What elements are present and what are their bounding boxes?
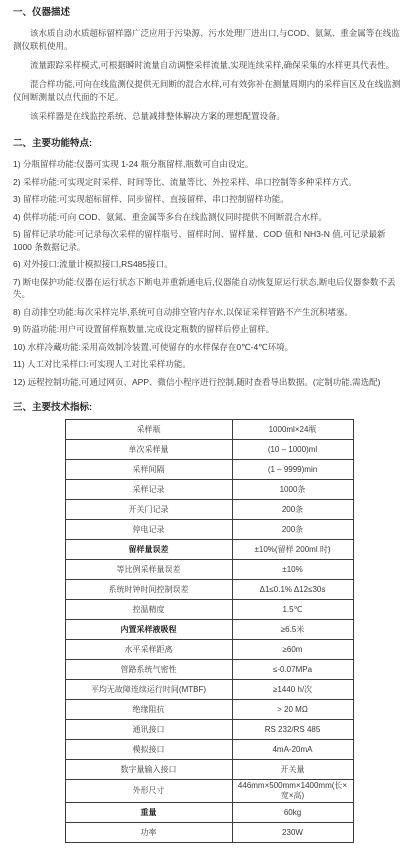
spec-label: 采样间隔 (65, 460, 232, 480)
spec-row: 停电记录 200条 (65, 520, 353, 540)
description-paragraph: 该水质自动水质超标留样器广泛应用于污染源、污水处理厂进出口,与COD、氨氮、重金… (13, 27, 405, 53)
spec-row: 系统时钟时间控制误差 Δ1≤0.1% Δ12≤30s (65, 580, 353, 600)
spec-value: 230W (232, 823, 353, 843)
spec-row: 内置采样液吸程 ≥6.5米 (65, 620, 353, 640)
spec-table: 采样瓶 1000ml×24瓶 单次采样量 (10 – 1000)ml 采样间隔 … (65, 419, 354, 843)
feature-item: 7) 断电保护功能:仪器在运行状态下断电并重新通电后,仪器能自动恢复原运行状态,… (13, 276, 405, 301)
spec-row: 外形尺寸 446mm×500mm×1400mm(长×宽×高) (65, 780, 353, 803)
spec-row: 采样瓶 1000ml×24瓶 (65, 420, 353, 440)
spec-row: 单次采样量 (10 – 1000)ml (65, 440, 353, 460)
description-paragraph: 流量跟踪采样模式,可根据瞬时流量自动调整采样流量,实现连续采样,确保采集的水样更… (13, 59, 405, 72)
document-page: 一、仪器描述 该水质自动水质超标留样器广泛应用于污染源、污水处理厂进出口,与CO… (0, 0, 414, 843)
feature-item: 9) 防溢功能:用户可设置留样瓶数量,完成设定瓶数的留样后停止留样。 (13, 323, 405, 336)
spec-value: 446mm×500mm×1400mm(长×宽×高) (232, 780, 353, 803)
spec-table-body: 采样瓶 1000ml×24瓶 单次采样量 (10 – 1000)ml 采样间隔 … (65, 420, 353, 843)
spec-value: 开关量 (232, 760, 353, 780)
spec-row: 控温精度 1.5℃ (65, 600, 353, 620)
feature-item: 10) 水样冷藏功能:采用高效制冷装置,可使留存的水样保存在0℃-4℃环境。 (13, 341, 405, 354)
spec-label: 模拟接口 (65, 740, 232, 760)
spec-row: 模拟接口 4mA-20mA (65, 740, 353, 760)
feature-list: 1) 分瓶留样功能:仪器可实现 1-24 瓶分瓶留样,瓶数可自由设定。2) 采样… (13, 158, 405, 388)
spec-label: 控温精度 (65, 600, 232, 620)
spec-value: ±10% (232, 560, 353, 580)
spec-value: ≥1440 h/次 (232, 680, 353, 700)
spec-row: 采样记录 1000条 (65, 480, 353, 500)
spec-label: 外形尺寸 (65, 780, 232, 803)
spec-value: 200条 (232, 520, 353, 540)
spec-value: 4mA-20mA (232, 740, 353, 760)
spec-row: 重量 60kg (65, 803, 353, 823)
feature-item: 3) 留样功能:可实现超标留样、同步留样、直接留样、串口控制留样功能。 (13, 193, 405, 206)
spec-label: 管路系统气密性 (65, 660, 232, 680)
spec-row: 留样量误差 ±10%(留样 200ml 时) (65, 540, 353, 560)
spec-label: 采样瓶 (65, 420, 232, 440)
spec-value: 1000ml×24瓶 (232, 420, 353, 440)
spec-label: 内置采样液吸程 (65, 620, 232, 640)
feature-item: 11) 人工对比采样口:可实现人工对比采样功能。 (13, 358, 405, 371)
spec-value: (10 – 1000)ml (232, 440, 353, 460)
spec-row: 管路系统气密性 ≤-0.07MPa (65, 660, 353, 680)
spec-row: 通讯接口 RS 232/RS 485 (65, 720, 353, 740)
spec-label: 数字量输入接口 (65, 760, 232, 780)
instrument-description-paragraphs: 该水质自动水质超标留样器广泛应用于污染源、污水处理厂进出口,与COD、氨氮、重金… (13, 27, 405, 123)
spec-label: 功率 (65, 823, 232, 843)
spec-value: > 20 MΩ (232, 700, 353, 720)
section-title-main-features: 二、主要功能特点: (13, 137, 405, 150)
spec-row: 平均无故障连续运行时间(MTBF) ≥1440 h/次 (65, 680, 353, 700)
spec-value: ±10%(留样 200ml 时) (232, 540, 353, 560)
spec-value: ≥6.5米 (232, 620, 353, 640)
spec-label: 系统时钟时间控制误差 (65, 580, 232, 600)
spec-label: 平均无故障连续运行时间(MTBF) (65, 680, 232, 700)
spec-row: 绝缘阻抗 > 20 MΩ (65, 700, 353, 720)
description-paragraph: 该采样器是在线监控系统、总量减排整体解决方案的理想配置设备。 (13, 110, 405, 123)
spec-value: ≤-0.07MPa (232, 660, 353, 680)
feature-item: 8) 自动排空功能:每次采样完毕,系统可自动排空管内存水,以保证采样管路不产生沉… (13, 306, 405, 319)
spec-row: 等比例采样量误差 ±10% (65, 560, 353, 580)
feature-item: 6) 对外接口:流量计模拟接口,RS485接口。 (13, 258, 405, 271)
spec-value: 60kg (232, 803, 353, 823)
feature-item: 2) 采样功能:可实现定时采样、时间等比、流量等比、外控采样、串口控制等多种采样… (13, 176, 405, 189)
spec-row: 开关门记录 200条 (65, 500, 353, 520)
spec-label: 停电记录 (65, 520, 232, 540)
section-title-instrument-description: 一、仪器描述 (13, 6, 405, 19)
spec-value: RS 232/RS 485 (232, 720, 353, 740)
spec-row: 采样间隔 (1 – 9999)min (65, 460, 353, 480)
spec-row: 功率 230W (65, 823, 353, 843)
spec-label: 通讯接口 (65, 720, 232, 740)
spec-label: 绝缘阻抗 (65, 700, 232, 720)
description-paragraph: 混合样功能,可向在线监测仪提供无间断的混合水样,可有效弥补在测量周期内的采样盲区… (13, 78, 405, 104)
spec-value: 1.5℃ (232, 600, 353, 620)
spec-label: 留样量误差 (65, 540, 232, 560)
feature-item: 12) 远程控制功能,可通过网页、APP、微信小程序进行控制,随时查看导出数据。… (13, 376, 405, 389)
spec-value: ≥60m (232, 640, 353, 660)
spec-value: (1 – 9999)min (232, 460, 353, 480)
spec-label: 水平采样距离 (65, 640, 232, 660)
feature-item: 1) 分瓶留样功能:仪器可实现 1-24 瓶分瓶留样,瓶数可自由设定。 (13, 158, 405, 171)
spec-label: 单次采样量 (65, 440, 232, 460)
spec-label: 重量 (65, 803, 232, 823)
spec-label: 开关门记录 (65, 500, 232, 520)
feature-item: 4) 供样功能:可向 COD、氨氮、重金属等多台在线监测仪同时提供不间断混合水样… (13, 211, 405, 224)
spec-row: 数字量输入接口 开关量 (65, 760, 353, 780)
feature-item: 5) 留样记录功能:可记录每次采样的留样瓶号、留样时间、留样量、COD 值和 N… (13, 228, 405, 253)
spec-value: 200条 (232, 500, 353, 520)
section-title-technical-specs: 三、主要技术指标: (13, 401, 405, 414)
spec-label: 采样记录 (65, 480, 232, 500)
spec-row: 水平采样距离 ≥60m (65, 640, 353, 660)
spec-value: 1000条 (232, 480, 353, 500)
spec-value: Δ1≤0.1% Δ12≤30s (232, 580, 353, 600)
spec-label: 等比例采样量误差 (65, 560, 232, 580)
